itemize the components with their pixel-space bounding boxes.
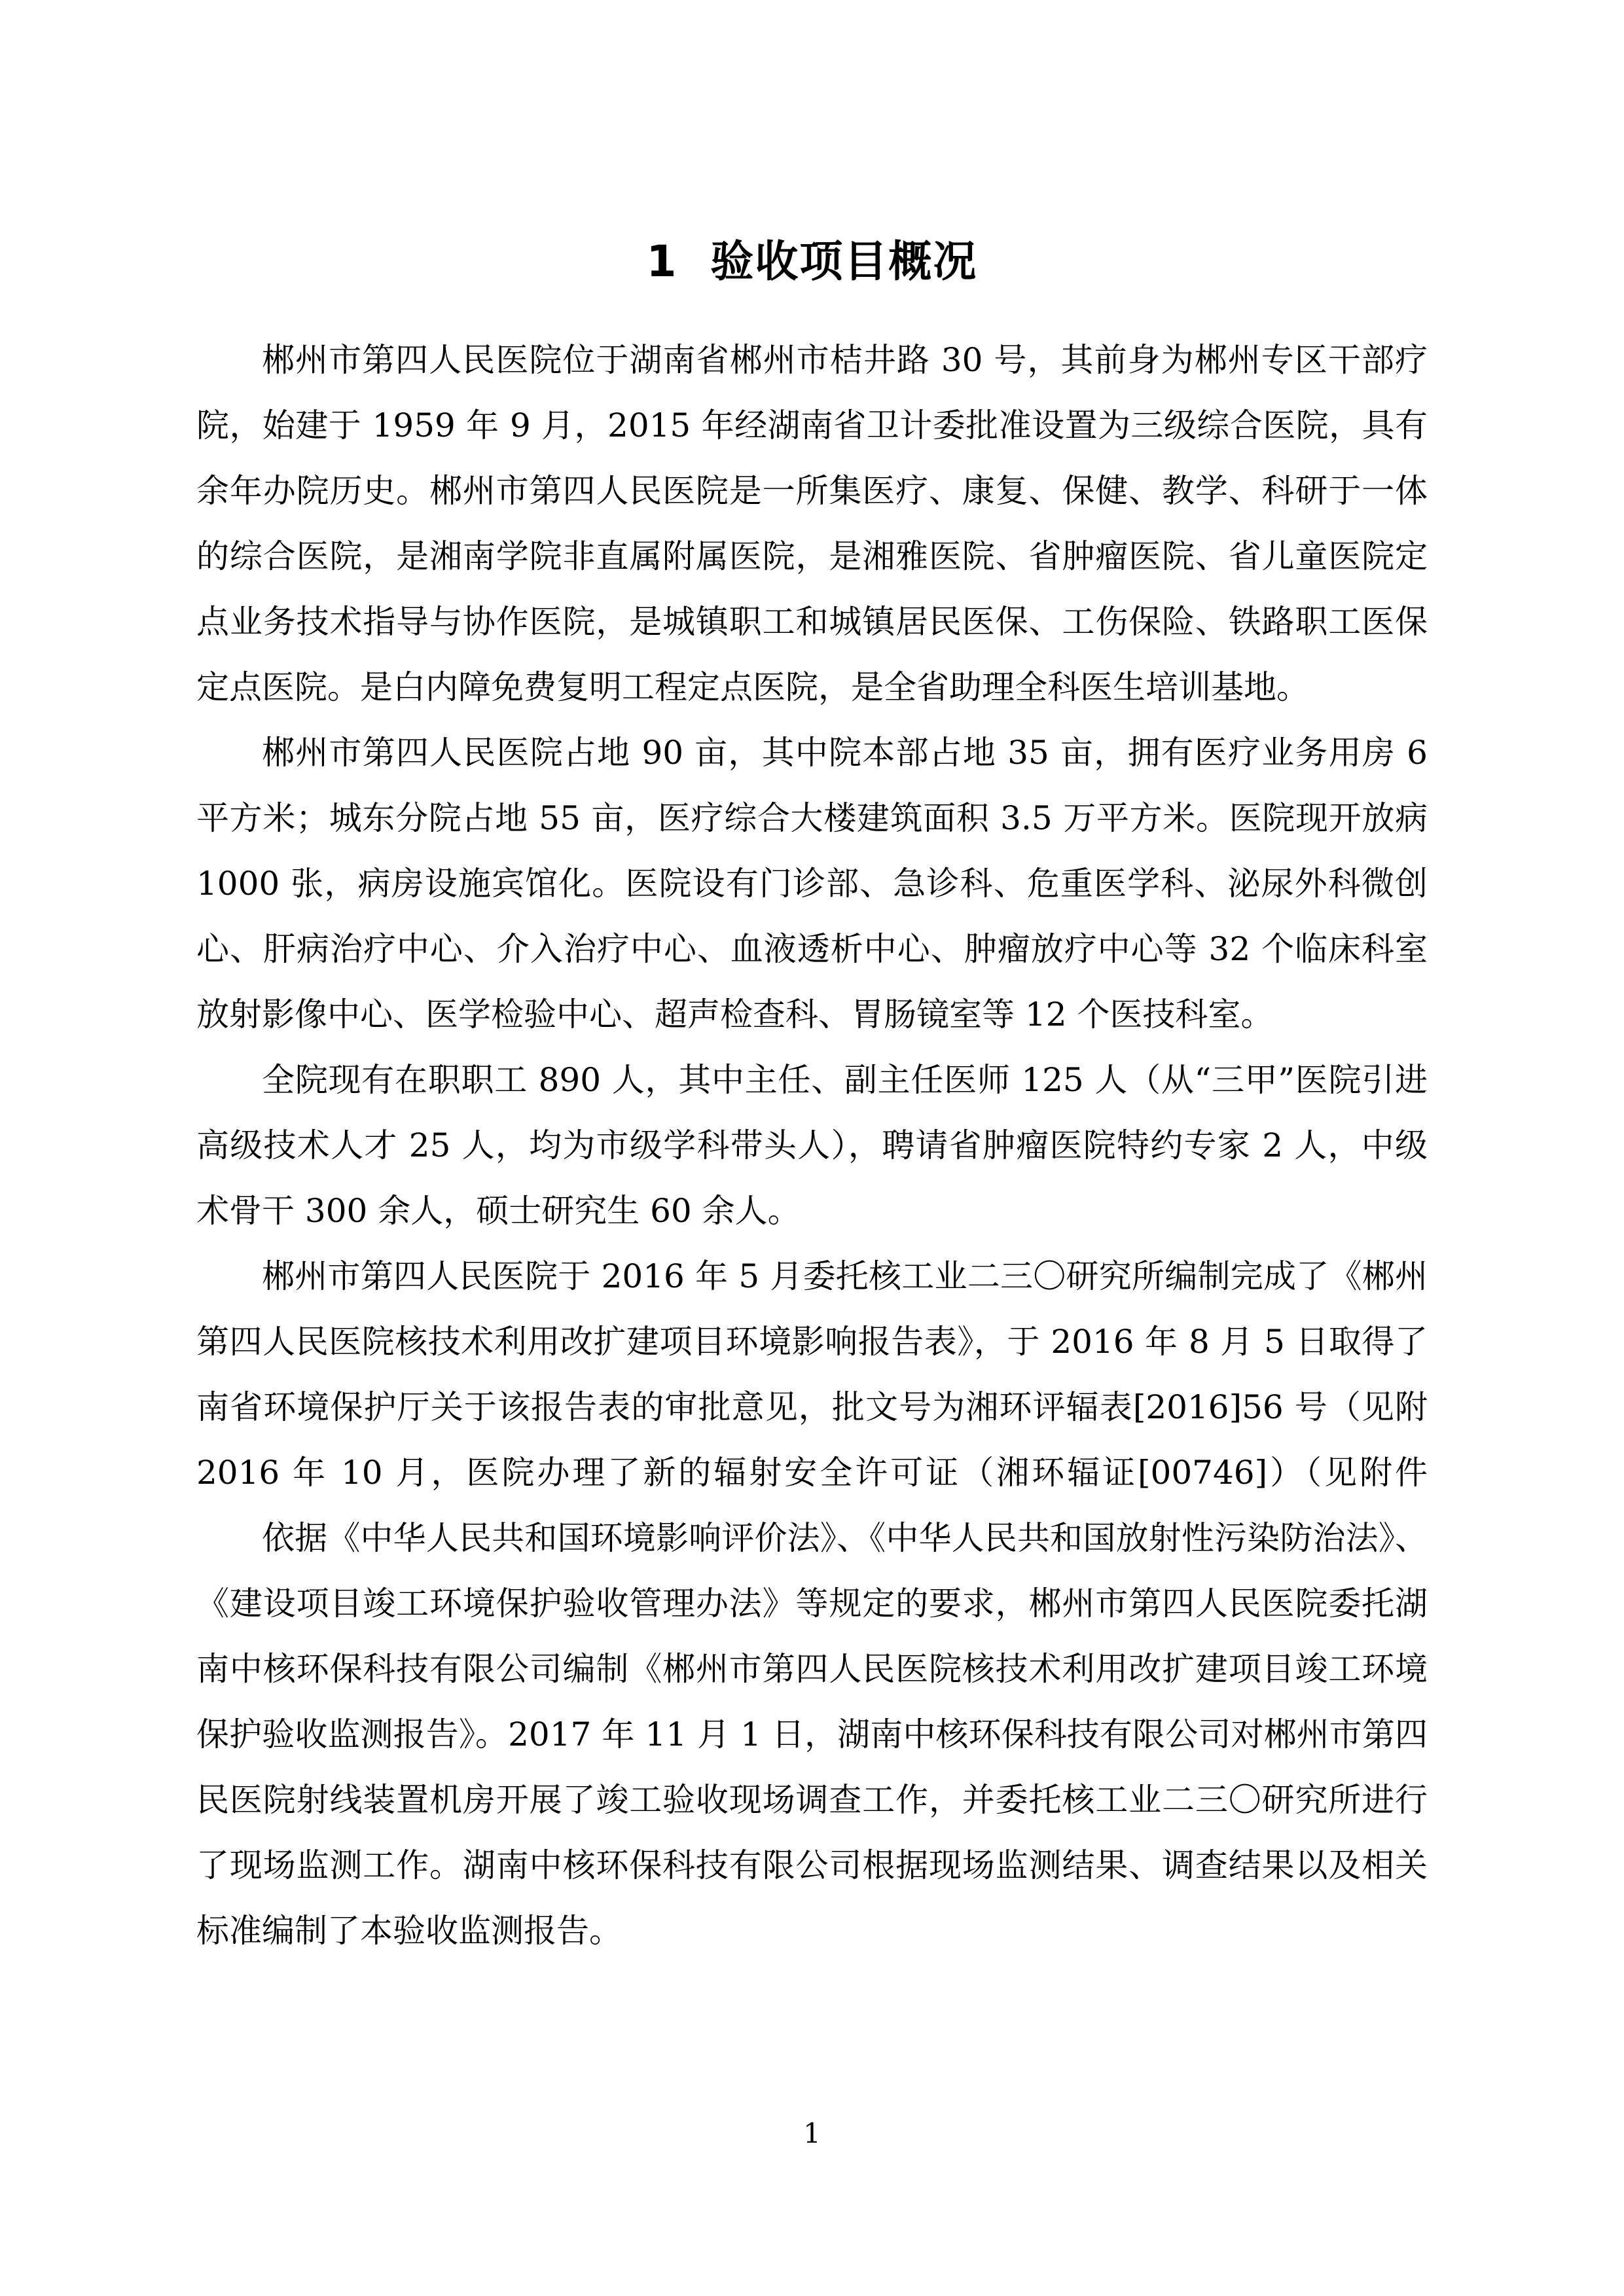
document-body: 郴州市第四人民医院位于湖南省郴州市桔井路 30 号，其前身为郴州专区干部疗养院，…	[196, 327, 1428, 1964]
text-line: 平方米；城东分院占地 55 亩，医疗综合大楼建筑面积 3.5 万平方米。医院现开…	[196, 785, 1428, 851]
text-line: 郴州市第四人民医院位于湖南省郴州市桔井路 30 号，其前身为郴州专区干部疗养	[196, 327, 1428, 393]
text-line: 高级技术人才 25 人，均为市级学科带头人），聘请省肿瘤医院特约专家 2 人，中…	[196, 1113, 1428, 1178]
text-line: 院，始建于 1959 年 9 月，2015 年经湖南省卫计委批准设置为三级综合医…	[196, 393, 1428, 458]
text-line: 点业务技术指导与协作医院，是城镇职工和城镇居民医保、工伤保险、铁路职工医保	[196, 589, 1428, 655]
text-line: 标准编制了本验收监测报告。	[196, 1898, 1428, 1964]
text-line: 的综合医院，是湘南学院非直属附属医院，是湘雅医院、省肿瘤医院、省儿童医院定	[196, 524, 1428, 589]
document-content: 1 验收项目概况 郴州市第四人民医院位于湖南省郴州市桔井路 30 号，其前身为郴…	[196, 0, 1428, 1964]
text-line: 第四人民医院核技术利用改扩建项目环境影响报告表》，于 2016 年 8 月 5 …	[196, 1309, 1428, 1374]
document-page: 1 验收项目概况 郴州市第四人民医院位于湖南省郴州市桔井路 30 号，其前身为郴…	[0, 0, 1624, 2296]
text-line: 2016 年 10 月，医院办理了新的辐射安全许可证（湘环辐证[00746]）（…	[196, 1440, 1428, 1505]
text-line: 郴州市第四人民医院占地 90 亩，其中院本部占地 35 亩，拥有医疗业务用房 6…	[196, 720, 1428, 785]
text-line: 心、肝病治疗中心、介入治疗中心、血液透析中心、肿瘤放疗中心等 32 个临床科室和	[196, 916, 1428, 982]
text-line: 放射影像中心、医学检验中心、超声检查科、胃肠镜室等 12 个医技科室。	[196, 982, 1428, 1047]
text-line: 余年办院历史。郴州市第四人民医院是一所集医疗、康复、保健、教学、科研于一体	[196, 458, 1428, 524]
text-line: 定点医院。是白内障免费复明工程定点医院，是全省助理全科医生培训基地。	[196, 655, 1428, 720]
section-title: 1 验收项目概况	[196, 226, 1428, 298]
text-line: 了现场监测工作。湖南中核环保科技有限公司根据现场监测结果、调查结果以及相关	[196, 1833, 1428, 1898]
text-line: 1000 张，病房设施宾馆化。医院设有门诊部、急诊科、危重医学科、泌尿外科微创中	[196, 851, 1428, 916]
text-line: 《建设项目竣工环境保护验收管理办法》等规定的要求，郴州市第四人民医院委托湖	[196, 1571, 1428, 1636]
text-line: 全院现有在职职工 890 人，其中主任、副主任医师 125 人（从“三甲”医院引…	[196, 1047, 1428, 1113]
page-number: 1	[0, 2113, 1624, 2155]
text-line: 民医院射线装置机房开展了竣工验收现场调查工作，并委托核工业二三〇研究所进行	[196, 1767, 1428, 1833]
text-line: 郴州市第四人民医院于 2016 年 5 月委托核工业二三〇研究所编制完成了《郴州…	[196, 1244, 1428, 1309]
text-line: 依据《中华人民共和国环境影响评价法》、《中华人民共和国放射性污染防治法》、	[196, 1505, 1428, 1571]
text-line: 术骨干 300 余人，硕士研究生 60 余人。	[196, 1178, 1428, 1244]
text-line: 南中核环保科技有限公司编制《郴州市第四人民医院核技术利用改扩建项目竣工环境	[196, 1636, 1428, 1702]
text-line: 南省环境保护厅关于该报告表的审批意见，批文号为湘环评辐表[2016]56 号（见…	[196, 1374, 1428, 1440]
text-line: 保护验收监测报告》。2017 年 11 月 1 日，湖南中核环保科技有限公司对郴…	[196, 1702, 1428, 1767]
